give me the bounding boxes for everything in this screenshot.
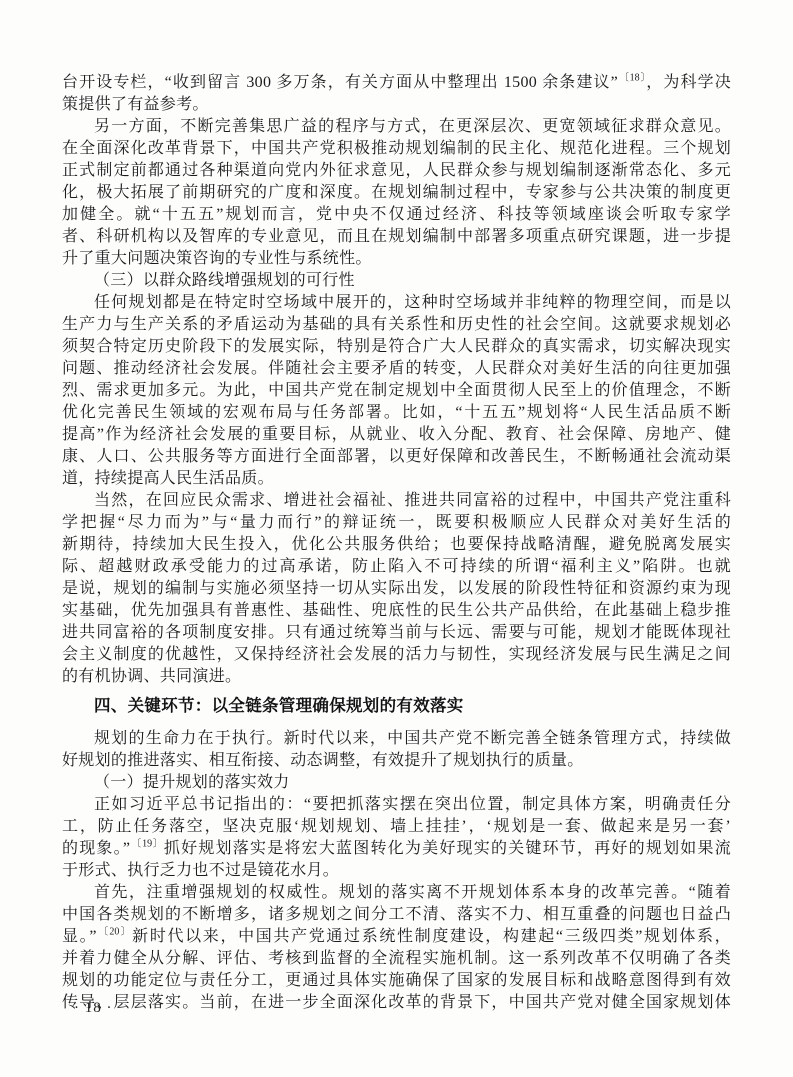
text-line: 升了重大问题决策咨询的专业性与系统性。 xyxy=(62,248,731,270)
text-line: 学把握“尽力而为”与“量力而行”的辩证统一，既要积极顺应人民群众对美好生活的 xyxy=(62,512,731,534)
text-line: 生产力与生产关系的矛盾运动为基础的具有关系性和历史性的社会空间。这就要求规划必 xyxy=(62,314,731,336)
text-line: 显。”〔20〕新时代以来，中国共产党通过系统性制度建设，构建起“三级四类”规划体… xyxy=(62,926,731,948)
footnote-ref: 〔20〕 xyxy=(97,927,132,938)
text-line: 规划的功能定位与责任分工，更通过具体实施确保了国家的发展目标和战略意图得到有效 xyxy=(62,970,731,992)
text-line: 于形式、执行乏力也不过是镜花水月。 xyxy=(62,860,731,882)
text-line: 提高”作为经济社会发展的重要目标，从就业、收入分配、教育、社会保障、房地产、健 xyxy=(62,424,731,446)
text-line: 另一方面，不断完善集思广益的程序与方式，在更深层次、更宽领域征求群众意见。 xyxy=(62,116,731,138)
text-line: 策提供了有益参考。 xyxy=(62,94,731,116)
text-line: 者、科研机构以及智库的专业意见，而且在规划编制中部署多项重点研究课题，进一步提 xyxy=(62,226,731,248)
text-line: 实基础，优先加强具有普惠性、基础性、兜底性的民生公共产品供给，在此基础上稳步推 xyxy=(62,600,731,622)
text-line: 道，持续提高人民生活品质。 xyxy=(62,468,731,490)
text-line: 正式制定前都通过各种渠道向党内外征求意见，人民群众参与规划编制逐渐常态化、多元 xyxy=(62,160,731,182)
text-line: 首先，注重增强规划的权威性。规划的落实离不开规划体系本身的改革完善。“随着 xyxy=(62,882,731,904)
text-line: 康、人口、公共服务等方面进行全面部署，以更好保障和改善民生，不断畅通社会流动渠 xyxy=(62,446,731,468)
text-line: 并着力健全从分解、评估、考核到监督的全流程实施机制。这一系列改革不仅明确了各类 xyxy=(62,948,731,970)
text-line: 正如习近平总书记指出的：“要把抓落实摆在突出位置，制定具体方案，明确责任分 xyxy=(62,794,731,816)
text-line: 台开设专栏，“收到留言 300 多万条，有关方面从中整理出 1500 余条建议”… xyxy=(62,72,731,94)
text-line: 新期待，持续加大民生投入，优化公共服务供给；也要保持战略清醒，避免脱离发展实 xyxy=(62,534,731,556)
text-line: 的现象。”〔19〕抓好规划落实是将宏大蓝图转化为美好现实的关键环节，再好的规划如… xyxy=(62,838,731,860)
footnote-ref: 〔18〕 xyxy=(618,73,646,84)
text-line: 在全面深化改革背景下，中国共产党积极推动规划编制的民主化、规范化进程。三个规划 xyxy=(62,138,731,160)
text-line: 的有机协调、共同演进。 xyxy=(62,666,731,688)
text-line: 任何规划都是在特定时空场域中展开的，这种时空场域并非纯粹的物理空间，而是以 xyxy=(62,292,731,314)
subsection-heading: （一）提升规划的落实效力 xyxy=(62,772,731,794)
text-line: 须契合特定历史阶段下的发展实际，特别是符合广大人民群众的真实需求，切实解决现实 xyxy=(62,336,731,358)
text-line: 际、超越财政承受能力的过高承诺，防止陷入不可持续的所谓“福利主义”陷阱。也就 xyxy=(62,556,731,578)
text-line: 进共同富裕的各项制度安排。只有通过统筹当前与长远、需要与可能，规划才能既体现社 xyxy=(62,622,731,644)
page-content: 台开设专栏，“收到留言 300 多万条，有关方面从中整理出 1500 余条建议”… xyxy=(62,72,731,1014)
text-line: 好规划的推进落实、相互衔接、动态调整，有效提升了规划执行的质量。 xyxy=(62,750,731,772)
subsection-heading: （三）以群众路线增强规划的可行性 xyxy=(62,270,731,292)
page-number: · 18 · xyxy=(74,1000,113,1017)
footnote-ref: 〔19〕 xyxy=(130,839,164,850)
text-line: 是说，规划的编制与实施必须坚持一切从实际出发，以发展的阶段性特征和资源约束为现 xyxy=(62,578,731,600)
section-heading: 四、关键环节：以全链条管理确保规划的有效落实 xyxy=(62,695,731,717)
text-line: 传导、层层落实。当前，在进一步全面深化改革的背景下，中国共产党对健全国家规划体 xyxy=(62,992,731,1014)
text-line: 优化完善民生领域的宏观布局与任务部署。比如，“十五五”规划将“人民生活品质不断 xyxy=(62,402,731,424)
text-line: 中国各类规划的不断增多，诸多规划之间分工不清、落实不力、相互重叠的问题也日益凸 xyxy=(62,904,731,926)
document-page: 台开设专栏，“收到留言 300 多万条，有关方面从中整理出 1500 余条建议”… xyxy=(0,0,793,1077)
text-line: 问题、推动经济社会发展。伴随社会主要矛盾的转变，人民群众对美好生活的向往更加强 xyxy=(62,358,731,380)
text-line: 加健全。就“十五五”规划而言，党中央不仅通过经济、科技等领域座谈会听取专家学 xyxy=(62,204,731,226)
text-line: 会主义制度的优越性，又保持经济社会发展的活力与韧性，实现经济发展与民生满足之间 xyxy=(62,644,731,666)
text-line: 烈、需求更加多元。为此，中国共产党在制定规划中全面贯彻人民至上的价值理念，不断 xyxy=(62,380,731,402)
text-line: 化，极大拓展了前期研究的广度和深度。在规划编制过程中，专家参与公共决策的制度更 xyxy=(62,182,731,204)
text-line: 规划的生命力在于执行。新时代以来，中国共产党不断完善全链条管理方式，持续做 xyxy=(62,728,731,750)
text-line: 当然，在回应民众需求、增进社会福祉、推进共同富裕的过程中，中国共产党注重科 xyxy=(62,490,731,512)
text-line: 工，防止任务落空，坚决克服‘规划规划、墙上挂挂’，‘规划是一套、做起来是另一套’ xyxy=(62,816,731,838)
